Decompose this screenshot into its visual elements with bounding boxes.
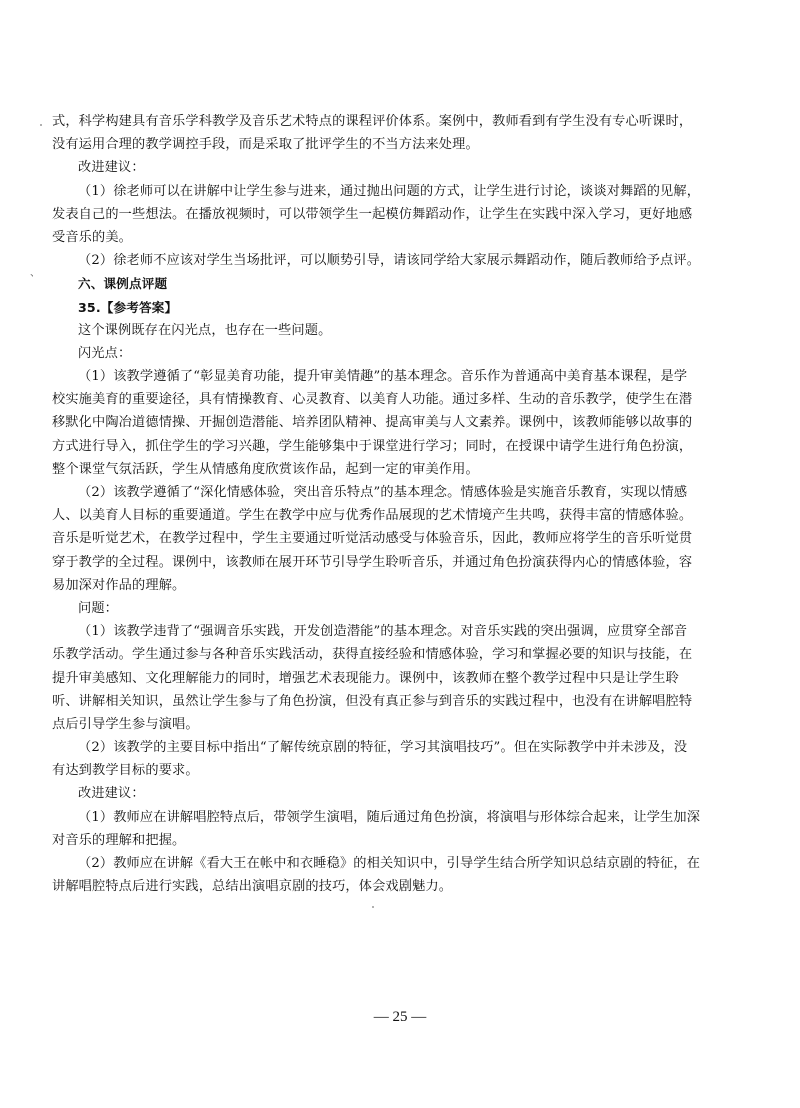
document-body: 式，科学构建具有音乐学科教学及音乐艺术特点的课程评价体系。案例中，教师看到有学生… (52, 110, 662, 898)
text-line: 校实施美育的重要途径，具有情操教育、心灵教育、以美育人功能。通过多样、生动的音乐… (52, 388, 662, 411)
text-line: 对音乐的理解和把握。 (52, 829, 662, 852)
text-line: 受音乐的美。 (52, 226, 662, 249)
text-line: （2）教师应在讲解《看大王在帐中和衣睡稳》的相关知识中，引导学生结合所学知识总结… (52, 852, 662, 875)
margin-mark: 、 (30, 264, 40, 279)
text-line: 穿于教学的全过程。课例中，该教师在展开环节引导学生聆听音乐，并通过角色扮演获得内… (52, 551, 662, 574)
section-heading: 六、课例点评题 (52, 272, 662, 295)
subheading-problems: 问题： (52, 597, 662, 620)
text-line: （1）该教学遵循了“彰显美育功能，提升审美情趣”的基本理念。音乐作为普通高中美育… (52, 365, 662, 388)
text-line: 有达到教学目标的要求。 (52, 759, 662, 782)
text-line: 发表自己的一些想法。在播放视频时，可以带领学生一起模仿舞蹈动作，让学生在实践中深… (52, 203, 662, 226)
text-line: 音乐是听觉艺术，在教学过程中，学生主要通过听觉活动感受与体验音乐，因此，教师应将… (52, 527, 662, 550)
text-line: 讲解唱腔特点后进行实践，总结出演唱京剧的技巧，体会戏剧魅力。 (52, 875, 662, 898)
question-number: 35.【参考答案】 (52, 296, 662, 319)
text-line: （2）徐老师不应该对学生当场批评，可以顺势引导，请该同学给大家展示舞蹈动作，随后… (52, 249, 662, 272)
text-line: 听、讲解相关知识，虽然让学生参与了角色扮演，但没有真正参与到音乐的实践过程中，也… (52, 690, 662, 713)
text-line: 移默化中陶冶道德情操、开掘创造潜能、培养团队精神、提高审美与人文素养。课例中，该… (52, 411, 662, 434)
text-line: （1）教师应在讲解唱腔特点后，带领学生演唱，随后通过角色扮演，将演唱与形体综合起… (52, 806, 662, 829)
subheading-improvement: 改进建议： (52, 156, 662, 179)
subheading-improvement: 改进建议： (52, 782, 662, 805)
subheading-highlights: 闪光点： (52, 342, 662, 365)
text-line: 方式进行导入，抓住学生的学习兴趣，学生能够集中于课堂进行学习；同时，在授课中请学… (52, 435, 662, 458)
text-line: 整个课堂气氛活跃，学生从情感角度欣赏该作品，起到一定的审美作用。 (52, 458, 662, 481)
text-line: 没有运用合理的教学调控手段，而是采取了批评学生的不当方法来处理。 (52, 133, 662, 156)
text-line: 提升审美感知、文化理解能力的同时，增强艺术表现能力。课例中，该教师在整个教学过程… (52, 667, 662, 690)
page-number: — 25 — (0, 1009, 800, 1026)
text-line: （1）该教学违背了“强调音乐实践，开发创造潜能”的基本理念。对音乐实践的突出强调… (52, 620, 662, 643)
text-line: （2）该教学遵循了“深化情感体验，突出音乐特点”的基本理念。情感体验是实施音乐教… (52, 481, 662, 504)
text-line: 式，科学构建具有音乐学科教学及音乐艺术特点的课程评价体系。案例中，教师看到有学生… (52, 110, 662, 133)
text-line: （2）该教学的主要目标中指出“了解传统京剧的特征，学习其演唱技巧”。但在实际教学… (52, 736, 662, 759)
text-line: 这个课例既存在闪光点，也存在一些问题。 (52, 319, 662, 342)
scan-speck (40, 124, 42, 126)
text-line: 点后引导学生参与演唱。 (52, 713, 662, 736)
text-line: 乐教学活动。学生通过参与各种音乐实践活动，获得直接经验和情感体验，学习和掌握必要… (52, 643, 662, 666)
scan-speck (372, 906, 374, 908)
text-line: （1）徐老师可以在讲解中让学生参与进来，通过抛出问题的方式，让学生进行讨论，谈谈… (52, 180, 662, 203)
text-line: 人、以美育人目标的重要通道。学生在教学中应与优秀作品展现的艺术情境产生共鸣，获得… (52, 504, 662, 527)
text-line: 易加深对作品的理解。 (52, 574, 662, 597)
